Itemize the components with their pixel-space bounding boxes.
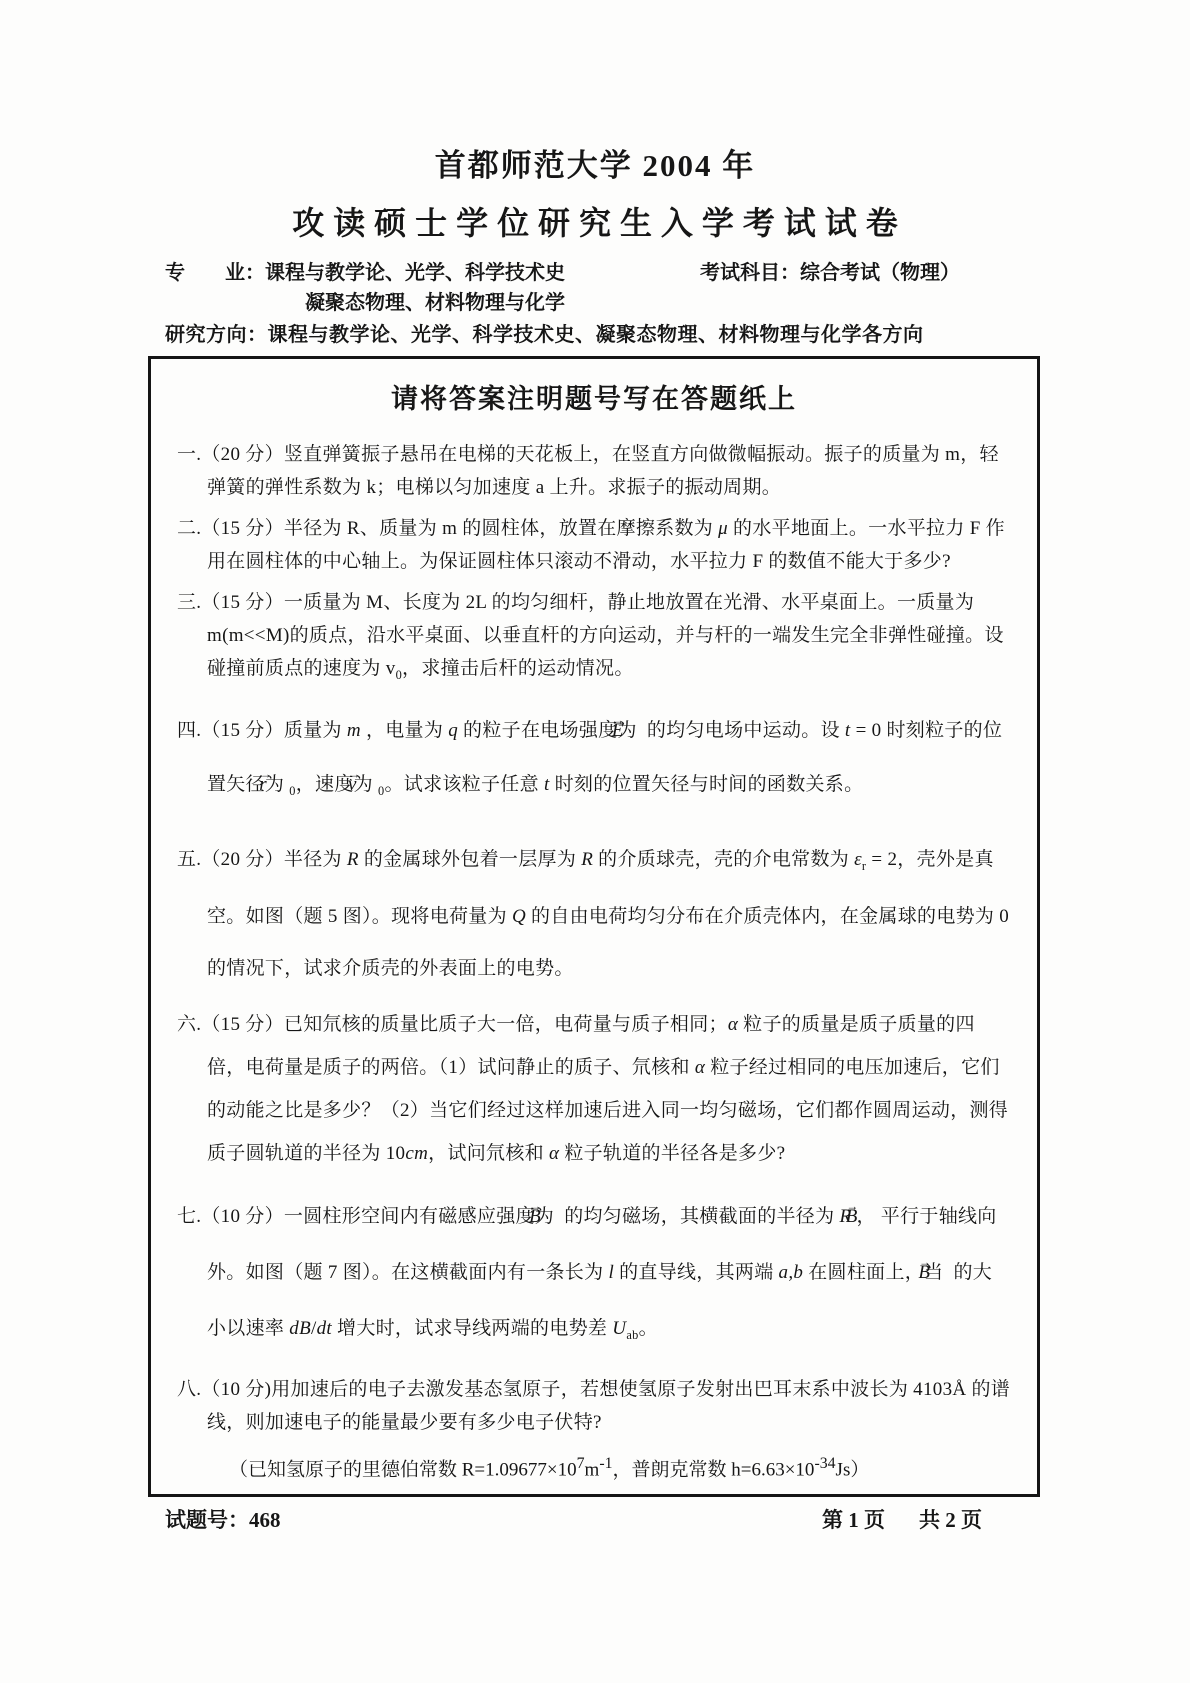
subject-label: 考试科目： <box>700 262 800 284</box>
question-8-constants-note: （已知氢原子的里德伯常数 R=1.09677×107m-1，普朗克常数 h=6.… <box>177 1447 1011 1486</box>
direction-label: 研究方向： <box>165 324 268 346</box>
question-5: 五.（20 分）半径为 R 的金属球外包着一层厚为 R 的介质球壳，壳的介电常数… <box>177 834 1011 996</box>
research-direction-row: 研究方向：课程与教学论、光学、科学技术史、凝聚态物理、材料物理与化学各方向 <box>165 320 960 350</box>
question-8: 八.（10 分)用加速后的电子去激发基态氢原子，若想使氢原子发射出巴耳末系中波长… <box>177 1373 1011 1439</box>
major-value-line2: 凝聚态物理、材料物理与化学 <box>165 288 960 318</box>
paper-number: 试题号：468 <box>165 1504 281 1534</box>
university-title: 首都师范大学 2004 年 <box>0 140 1190 185</box>
page-indicator-current: 第 1 页 <box>822 1504 885 1534</box>
question-3: 三.（15 分）一质量为 M、长度为 2L 的均匀细杆，静止地放置在光滑、水平桌… <box>177 586 1011 692</box>
direction-value: 课程与教学论、光学、科学技术史、凝聚态物理、材料物理与化学各方向 <box>268 324 924 346</box>
page-footer: 试题号：468 第 1 页 共 2 页 <box>165 1504 1040 1534</box>
major-value-line1: 课程与教学论、光学、科学技术史 <box>265 262 565 284</box>
subject-value: 综合考试（物理） <box>800 262 960 284</box>
question-6: 六.（15 分）已知氘核的质量比质子大一倍，电荷量与质子相同；α 粒子的质量是质… <box>177 1003 1011 1175</box>
major-field: 专 业：课程与教学论、光学、科学技术史 <box>165 258 565 288</box>
page-indicator: 第 1 页 共 2 页 <box>822 1504 1040 1534</box>
exam-meta: 专 业：课程与教学论、光学、科学技术史 考试科目：综合考试（物理） 凝聚态物理、… <box>165 258 960 350</box>
questions-box: 请将答案注明题号写在答题纸上 一.（20 分）竖直弹簧振子悬吊在电梯的天花板上，… <box>148 356 1040 1497</box>
question-4: 四.（15 分）质量为 m ，电量为 q 的粒子在电场强度为 E 的均匀电场中运… <box>177 704 1011 818</box>
page-indicator-total: 共 2 页 <box>919 1504 982 1534</box>
exam-title: 攻读硕士学位研究生入学考试试卷 <box>0 198 1190 244</box>
major-subject-row: 专 业：课程与教学论、光学、科学技术史 考试科目：综合考试（物理） <box>165 258 960 288</box>
subject-field: 考试科目：综合考试（物理） <box>700 258 960 288</box>
answer-notice: 请将答案注明题号写在答题纸上 <box>177 377 1011 416</box>
major-label: 专 业： <box>165 262 265 284</box>
question-7: 七.（10 分）一圆柱形空间内有磁感应强度为 B 的均匀磁场，其横截面的半径为 … <box>177 1189 1011 1363</box>
question-2: 二.（15 分）半径为 R、质量为 m 的圆柱体，放置在摩擦系数为 μ 的水平地… <box>177 512 1011 578</box>
exam-paper-page: 首都师范大学 2004 年 攻读硕士学位研究生入学考试试卷 专 业：课程与教学论… <box>0 0 1190 1683</box>
question-1: 一.（20 分）竖直弹簧振子悬吊在电梯的天花板上，在竖直方向做微幅振动。振子的质… <box>177 438 1011 504</box>
